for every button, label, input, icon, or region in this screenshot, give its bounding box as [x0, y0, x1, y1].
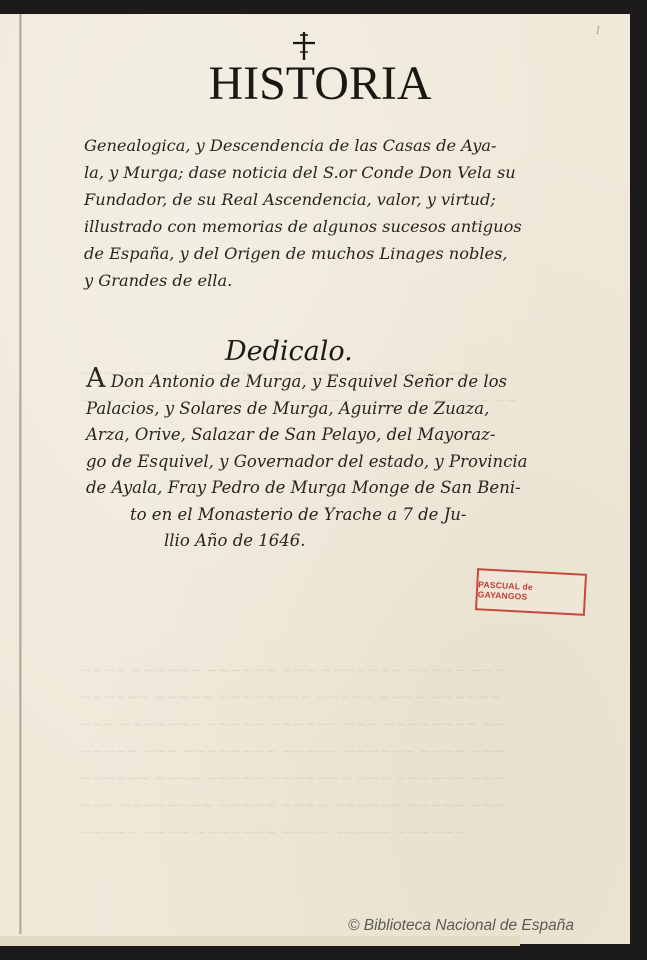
dedication-line: Arza, Orive, Salazar de San Pelayo, del … — [86, 422, 566, 449]
scan-background-right — [630, 14, 647, 960]
subtitle-line: y Grandes de ella. — [84, 267, 554, 294]
binding-gutter — [19, 14, 22, 934]
copyright-notice: © Biblioteca Nacional de España — [348, 917, 574, 935]
ownership-stamp: PASCUAL de GAYANGOS — [475, 568, 587, 616]
initial-letter: A — [86, 363, 106, 394]
dedication-body: A Don Antonio de Murga, y Esquivel Señor… — [86, 366, 566, 555]
subtitle-line: Genealogica, y Descendencia de las Casas… — [84, 132, 554, 159]
dedication-line: to en el Monasterio de Yrache a 7 de Ju- — [86, 502, 566, 529]
subtitle-line: de España, y del Origen de muchos Linage… — [84, 240, 554, 267]
dedication-line: Don Antonio de Murga, y Esquivel Señor d… — [111, 372, 507, 391]
dedication-line: go de Esquivel, y Governador del estado,… — [86, 449, 566, 476]
document-title: HISTORIA — [190, 60, 450, 108]
subtitle-block: Genealogica, y Descendencia de las Casas… — [84, 132, 554, 294]
page-bottom-edge — [0, 936, 520, 946]
dedication-first-line: A Don Antonio de Murga, y Esquivel Señor… — [86, 366, 566, 396]
folio-number: I — [596, 26, 600, 37]
dedication-line: Palacios, y Solares de Murga, Aguirre de… — [86, 396, 566, 423]
subtitle-line: la, y Murga; dase noticia del S.or Conde… — [84, 159, 554, 186]
dedication-heading: Dedicalo. — [225, 336, 353, 367]
dedication-line: de Ayala, Fray Pedro de Murga Monge de S… — [86, 475, 566, 502]
subtitle-line: illustrado con memorias de algunos suces… — [84, 213, 554, 240]
subtitle-line: Fundador, de su Real Ascendencia, valor,… — [84, 186, 554, 213]
dedication-line: llio Año de 1646. — [86, 528, 566, 555]
